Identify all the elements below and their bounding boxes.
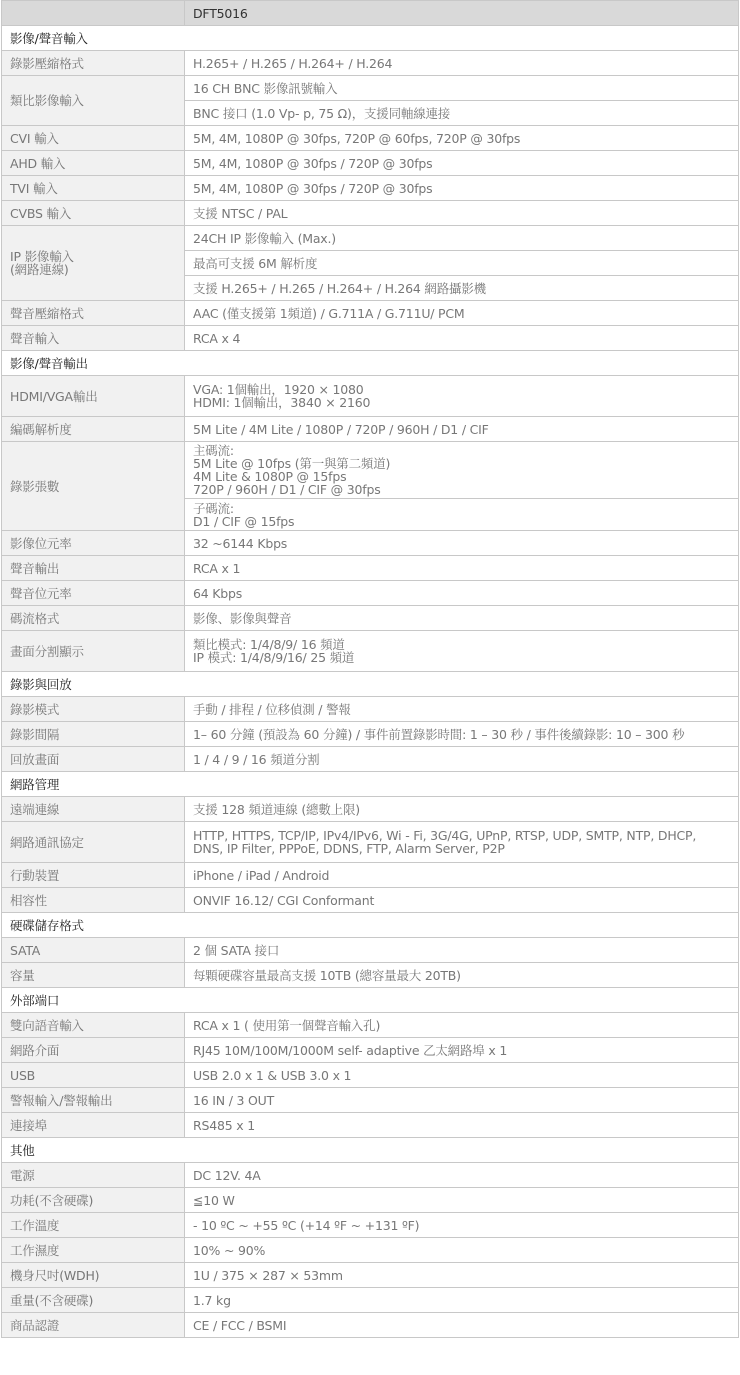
- spec-label: HDMI/VGA輸出: [2, 376, 185, 417]
- section-header: 網路管理: [2, 772, 739, 797]
- spec-label: 錄影壓縮格式: [2, 51, 185, 76]
- spec-row: 網路介面RJ45 10M/100M/1000M self- adaptive 乙…: [2, 1038, 739, 1063]
- spec-label: 工作溫度: [2, 1213, 185, 1238]
- spec-label: 機身尺吋(WDH): [2, 1263, 185, 1288]
- spec-value: RCA x 1: [185, 556, 739, 581]
- spec-row: 畫面分割顯示類比模式: 1/4/8/9/ 16 頻道 IP 模式: 1/4/8/…: [2, 631, 739, 672]
- spec-label: 畫面分割顯示: [2, 631, 185, 672]
- spec-row: CVBS 輸入支援 NTSC / PAL: [2, 201, 739, 226]
- spec-row: CVI 輸入5M, 4M, 1080P @ 30fps, 720P @ 60fp…: [2, 126, 739, 151]
- spec-label: 類比影像輸入: [2, 76, 185, 126]
- spec-label: 聲音輸出: [2, 556, 185, 581]
- section-title: 影像/聲音輸入: [2, 26, 739, 51]
- spec-value: iPhone / iPad / Android: [185, 863, 739, 888]
- spec-value: 10% ~ 90%: [185, 1238, 739, 1263]
- spec-value: RJ45 10M/100M/1000M self- adaptive 乙太網路埠…: [185, 1038, 739, 1063]
- spec-value: - 10 ºC ~ +55 ºC (+14 ºF ~ +131 ºF): [185, 1213, 739, 1238]
- spec-row: 錄影模式手動 / 排程 / 位移偵測 / 警報: [2, 697, 739, 722]
- spec-row: 警報輸入/警報輸出16 IN / 3 OUT: [2, 1088, 739, 1113]
- spec-row: 聲音輸入RCA x 4: [2, 326, 739, 351]
- spec-row: 錄影張數主碼流: 5M Lite @ 10fps (第一與第二頻道) 4M Li…: [2, 442, 739, 499]
- spec-table: DFT5016 影像/聲音輸入錄影壓縮格式H.265+ / H.265 / H.…: [1, 0, 739, 1338]
- spec-value: 1U / 375 × 287 × 53mm: [185, 1263, 739, 1288]
- spec-row: 聲音輸出RCA x 1: [2, 556, 739, 581]
- table-header-row: DFT5016: [2, 1, 739, 26]
- spec-label: 工作濕度: [2, 1238, 185, 1263]
- spec-value: 影像、影像與聲音: [185, 606, 739, 631]
- spec-value: 每顆硬碟容量最高支援 10TB (總容量最大 20TB): [185, 963, 739, 988]
- spec-value: 16 CH BNC 影像訊號輸入: [185, 76, 739, 101]
- spec-row: 容量每顆硬碟容量最高支援 10TB (總容量最大 20TB): [2, 963, 739, 988]
- spec-value: 2 個 SATA 接口: [185, 938, 739, 963]
- section-header: 硬碟儲存格式: [2, 913, 739, 938]
- spec-value: RS485 x 1: [185, 1113, 739, 1138]
- spec-row: 行動裝置iPhone / iPad / Android: [2, 863, 739, 888]
- spec-label: 碼流格式: [2, 606, 185, 631]
- spec-label: TVI 輸入: [2, 176, 185, 201]
- spec-value: 5M, 4M, 1080P @ 30fps / 720P @ 30fps: [185, 151, 739, 176]
- spec-row: 類比影像輸入16 CH BNC 影像訊號輸入: [2, 76, 739, 101]
- spec-label: 功耗(不含硬碟): [2, 1188, 185, 1213]
- model-name: DFT5016: [185, 1, 739, 26]
- spec-row: 相容性ONVIF 16.12/ CGI Conformant: [2, 888, 739, 913]
- spec-value: 主碼流: 5M Lite @ 10fps (第一與第二頻道) 4M Lite &…: [185, 442, 739, 499]
- spec-label: 編碼解析度: [2, 417, 185, 442]
- section-title: 其他: [2, 1138, 739, 1163]
- spec-label: IP 影像輸入 (網路連線): [2, 226, 185, 301]
- spec-row: 回放畫面1 / 4 / 9 / 16 頻道分割: [2, 747, 739, 772]
- section-title: 硬碟儲存格式: [2, 913, 739, 938]
- spec-label: 警報輸入/警報輸出: [2, 1088, 185, 1113]
- spec-label: 相容性: [2, 888, 185, 913]
- spec-label: 網路介面: [2, 1038, 185, 1063]
- spec-row: TVI 輸入5M, 4M, 1080P @ 30fps / 720P @ 30f…: [2, 176, 739, 201]
- spec-label: USB: [2, 1063, 185, 1088]
- spec-label: CVBS 輸入: [2, 201, 185, 226]
- spec-label: 行動裝置: [2, 863, 185, 888]
- spec-value: 最高可支援 6M 解析度: [185, 251, 739, 276]
- spec-value: 24CH IP 影像輸入 (Max.): [185, 226, 739, 251]
- section-header: 其他: [2, 1138, 739, 1163]
- spec-row: HDMI/VGA輸出VGA: 1個輸出，1920 × 1080 HDMI: 1個…: [2, 376, 739, 417]
- section-header: 影像/聲音輸出: [2, 351, 739, 376]
- spec-label: 影像位元率: [2, 531, 185, 556]
- section-title: 錄影與回放: [2, 672, 739, 697]
- spec-label: SATA: [2, 938, 185, 963]
- spec-label: 重量(不含硬碟): [2, 1288, 185, 1313]
- spec-row: 錄影壓縮格式H.265+ / H.265 / H.264+ / H.264: [2, 51, 739, 76]
- spec-row: IP 影像輸入 (網路連線)24CH IP 影像輸入 (Max.): [2, 226, 739, 251]
- spec-row: 影像位元率32 ~6144 Kbps: [2, 531, 739, 556]
- spec-value: RCA x 4: [185, 326, 739, 351]
- spec-label: 錄影張數: [2, 442, 185, 531]
- spec-value: 1– 60 分鐘 (預設為 60 分鐘) / 事件前置錄影時間: 1 – 30 …: [185, 722, 739, 747]
- spec-row: USBUSB 2.0 x 1 & USB 3.0 x 1: [2, 1063, 739, 1088]
- spec-label: 聲音壓縮格式: [2, 301, 185, 326]
- spec-value: VGA: 1個輸出，1920 × 1080 HDMI: 1個輸出，3840 × …: [185, 376, 739, 417]
- spec-row: 雙向語音輸入RCA x 1 ( 使用第一個聲音輸入孔): [2, 1013, 739, 1038]
- spec-row: 重量(不含硬碟)1.7 kg: [2, 1288, 739, 1313]
- spec-value: H.265+ / H.265 / H.264+ / H.264: [185, 51, 739, 76]
- spec-label: 聲音輸入: [2, 326, 185, 351]
- spec-value: RCA x 1 ( 使用第一個聲音輸入孔): [185, 1013, 739, 1038]
- section-header: 外部端口: [2, 988, 739, 1013]
- spec-row: 機身尺吋(WDH)1U / 375 × 287 × 53mm: [2, 1263, 739, 1288]
- spec-row: AHD 輸入5M, 4M, 1080P @ 30fps / 720P @ 30f…: [2, 151, 739, 176]
- section-title: 網路管理: [2, 772, 739, 797]
- spec-value: BNC 接口 (1.0 Vp- p, 75 Ω)，支援同軸線連接: [185, 101, 739, 126]
- spec-label: AHD 輸入: [2, 151, 185, 176]
- spec-value: ONVIF 16.12/ CGI Conformant: [185, 888, 739, 913]
- spec-row: SATA2 個 SATA 接口: [2, 938, 739, 963]
- spec-value: 類比模式: 1/4/8/9/ 16 頻道 IP 模式: 1/4/8/9/16/ …: [185, 631, 739, 672]
- spec-row: 遠端連線支援 128 頻道連線 (總數上限): [2, 797, 739, 822]
- section-title: 影像/聲音輸出: [2, 351, 739, 376]
- header-empty-cell: [2, 1, 185, 26]
- spec-value: HTTP, HTTPS, TCP/IP, IPv4/IPv6, Wi - Fi,…: [185, 822, 739, 863]
- spec-label: 電源: [2, 1163, 185, 1188]
- spec-value: 手動 / 排程 / 位移偵測 / 警報: [185, 697, 739, 722]
- spec-label: 錄影模式: [2, 697, 185, 722]
- spec-label: 錄影間隔: [2, 722, 185, 747]
- section-header: 錄影與回放: [2, 672, 739, 697]
- spec-value: ≦10 W: [185, 1188, 739, 1213]
- spec-row: 工作溫度- 10 ºC ~ +55 ºC (+14 ºF ~ +131 ºF): [2, 1213, 739, 1238]
- spec-label: 容量: [2, 963, 185, 988]
- spec-value: CE / FCC / BSMI: [185, 1313, 739, 1338]
- spec-label: 聲音位元率: [2, 581, 185, 606]
- spec-value: 64 Kbps: [185, 581, 739, 606]
- spec-value: 5M, 4M, 1080P @ 30fps / 720P @ 30fps: [185, 176, 739, 201]
- spec-row: 連接埠RS485 x 1: [2, 1113, 739, 1138]
- spec-row: 商品認證CE / FCC / BSMI: [2, 1313, 739, 1338]
- spec-value: 1 / 4 / 9 / 16 頻道分割: [185, 747, 739, 772]
- spec-value: 16 IN / 3 OUT: [185, 1088, 739, 1113]
- section-header: 影像/聲音輸入: [2, 26, 739, 51]
- spec-row: 工作濕度10% ~ 90%: [2, 1238, 739, 1263]
- spec-label: 雙向語音輸入: [2, 1013, 185, 1038]
- section-title: 外部端口: [2, 988, 739, 1013]
- spec-row: 功耗(不含硬碟)≦10 W: [2, 1188, 739, 1213]
- spec-value: 32 ~6144 Kbps: [185, 531, 739, 556]
- spec-label: 網路通訊協定: [2, 822, 185, 863]
- spec-value: 支援 H.265+ / H.265 / H.264+ / H.264 網路攝影機: [185, 276, 739, 301]
- spec-row: 聲音壓縮格式AAC (僅支援第 1頻道) / G.711A / G.711U/ …: [2, 301, 739, 326]
- spec-value: 子碼流: D1 / CIF @ 15fps: [185, 499, 739, 531]
- spec-label: 回放畫面: [2, 747, 185, 772]
- spec-value: 5M Lite / 4M Lite / 1080P / 720P / 960H …: [185, 417, 739, 442]
- spec-row: 碼流格式影像、影像與聲音: [2, 606, 739, 631]
- spec-value: USB 2.0 x 1 & USB 3.0 x 1: [185, 1063, 739, 1088]
- spec-row: 錄影間隔1– 60 分鐘 (預設為 60 分鐘) / 事件前置錄影時間: 1 –…: [2, 722, 739, 747]
- spec-value: AAC (僅支援第 1頻道) / G.711A / G.711U/ PCM: [185, 301, 739, 326]
- spec-value: DC 12V. 4A: [185, 1163, 739, 1188]
- spec-row: 聲音位元率64 Kbps: [2, 581, 739, 606]
- spec-label: 遠端連線: [2, 797, 185, 822]
- spec-label: CVI 輸入: [2, 126, 185, 151]
- spec-row: 網路通訊協定HTTP, HTTPS, TCP/IP, IPv4/IPv6, Wi…: [2, 822, 739, 863]
- spec-label: 商品認證: [2, 1313, 185, 1338]
- spec-row: 電源DC 12V. 4A: [2, 1163, 739, 1188]
- spec-label: 連接埠: [2, 1113, 185, 1138]
- spec-value: 支援 NTSC / PAL: [185, 201, 739, 226]
- spec-value: 5M, 4M, 1080P @ 30fps, 720P @ 60fps, 720…: [185, 126, 739, 151]
- spec-row: 編碼解析度5M Lite / 4M Lite / 1080P / 720P / …: [2, 417, 739, 442]
- spec-value: 支援 128 頻道連線 (總數上限): [185, 797, 739, 822]
- spec-value: 1.7 kg: [185, 1288, 739, 1313]
